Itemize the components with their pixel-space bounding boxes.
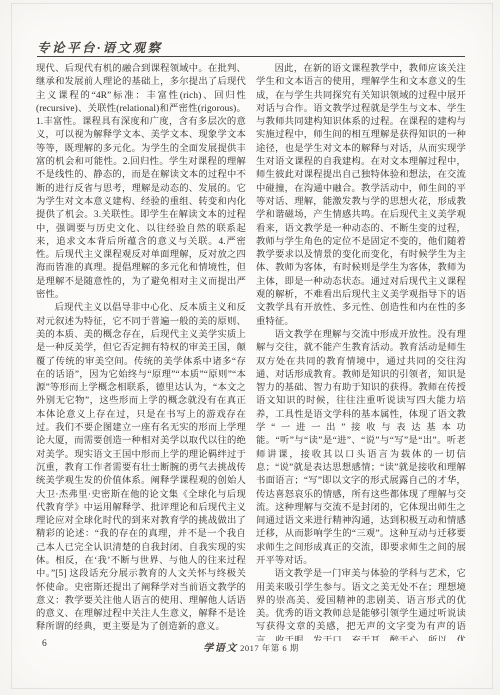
- paragraph: 因此，在新的语文课程教学中，教师应该关注学生和文本语言的使用，理解学生和文本意义…: [256, 63, 466, 329]
- section-title: 专论平台·语文观察: [37, 41, 163, 55]
- paragraph: 现代、后现代有机的融合到课程领域中。在批判、继承和发展前人理论的基础上，多尔提出…: [36, 63, 246, 302]
- article-body: 现代、后现代有机的融合到课程领域中。在批判、继承和发展前人理论的基础上，多尔提出…: [36, 63, 466, 641]
- paragraph: 后现代主义以倡导非中心化、反本质主义和反对元叙述为特征，它不同于普遍一般的美的原…: [36, 302, 246, 634]
- journal-line: 学语文 2017 年第 6 期: [36, 639, 466, 654]
- header-divider: [37, 56, 465, 57]
- paragraph: 语文教学是一门审美与体验的学科与艺术，它用美来吸引学生参与。语文之美无处不在；理…: [256, 568, 466, 641]
- journal-issue: 2017 年第 6 期: [240, 643, 299, 653]
- right-column: 因此，在新的语文课程教学中，教师应该关注学生和文本语言的使用，理解学生和文本意义…: [256, 63, 466, 641]
- scanned-journal-page: 专论平台·语文观察 现代、后现代有机的融合到课程领域中。在批判、继承和发展前人理…: [0, 0, 500, 695]
- page-header: 专论平台·语文观察: [37, 38, 465, 57]
- page-footer: 6 学语文 2017 年第 6 期: [36, 638, 466, 654]
- paragraph: 语文教学在理解与交流中形成开放性。没有理解与交往，就不能产生教育活动。教育活动是…: [256, 329, 466, 568]
- left-column: 现代、后现代有机的融合到课程领域中。在批判、继承和发展前人理论的基础上，多尔提出…: [36, 63, 246, 641]
- journal-name: 学语文: [203, 643, 238, 654]
